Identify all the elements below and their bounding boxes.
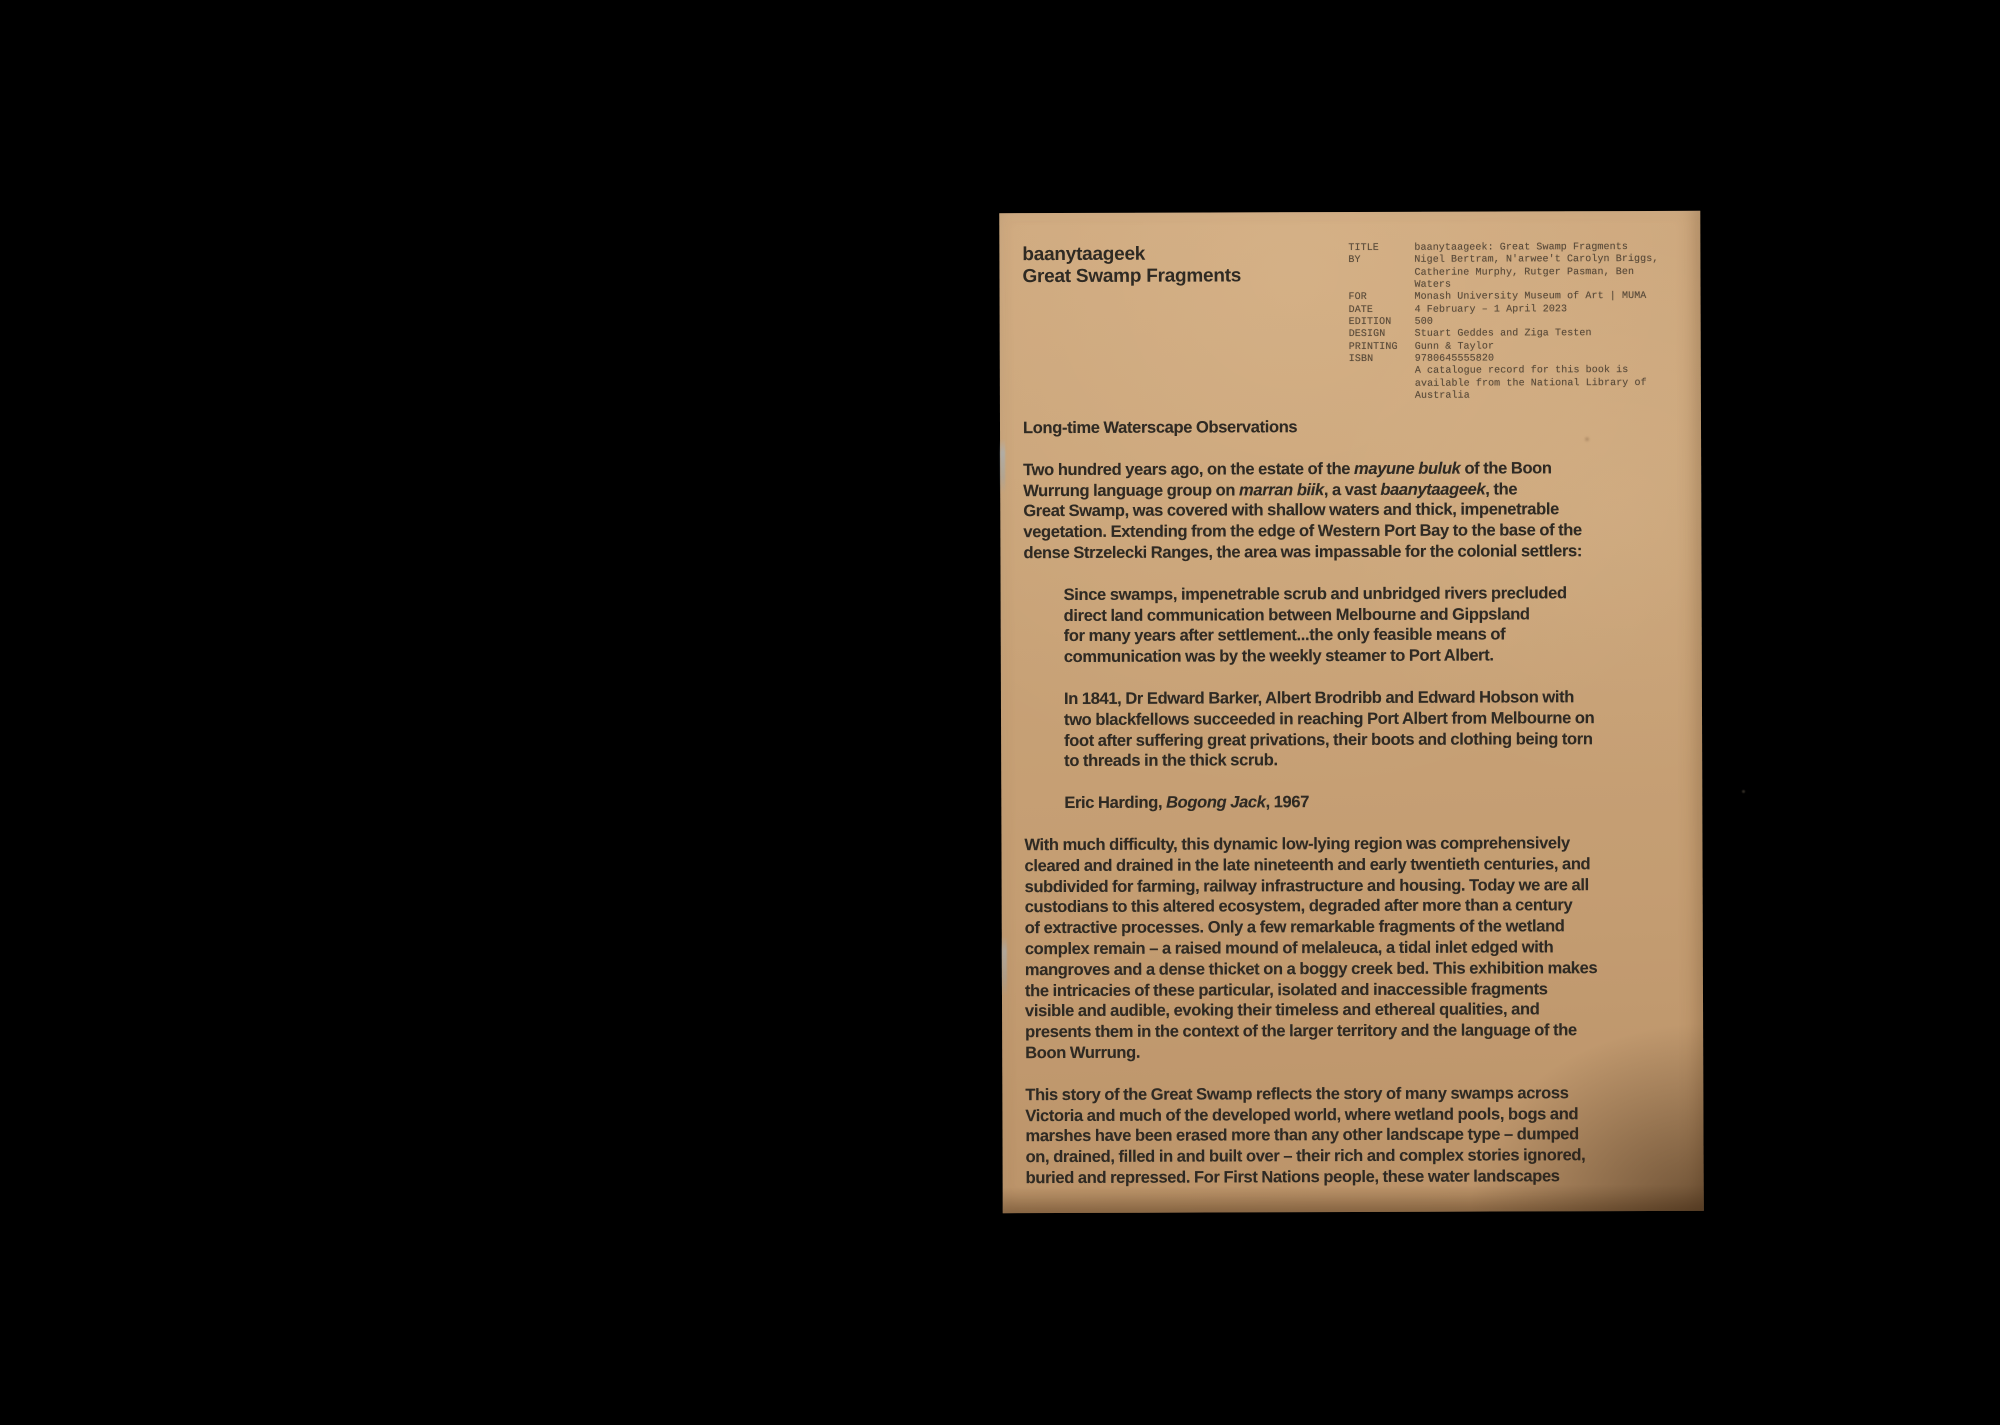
paragraph: Two hundred years ago, on the estate of … <box>1023 458 1679 564</box>
paragraph: This story of the Great Swamp reflects t… <box>1025 1083 1681 1189</box>
colophon-row: DATE 4 February – 1 April 2023 <box>1349 304 1671 317</box>
dust-speck <box>1742 790 1745 793</box>
book-title-line1: baanytaageek <box>1022 243 1241 266</box>
quote-attribution: Eric Harding, Bogong Jack, 1967 <box>1064 791 1680 814</box>
colophon-value: Nigel Bertram, N'arwee't Carolyn Briggs,… <box>1414 254 1670 292</box>
photo-background: baanytaageek Great Swamp Fragments TITLE… <box>0 0 2000 1425</box>
colophon-label <box>1349 366 1415 403</box>
colophon-label: BY <box>1348 255 1414 292</box>
colophon-label: EDITION <box>1349 317 1415 330</box>
book-title-line2: Great Swamp Fragments <box>1022 265 1241 288</box>
colophon-row: EDITION 500 <box>1349 316 1671 329</box>
colophon-value: 9780645555820 <box>1415 353 1671 366</box>
colophon-label: DATE <box>1349 304 1415 317</box>
essay-column: Long-time Waterscape Observations Two hu… <box>1023 416 1682 1189</box>
colophon-value: 500 <box>1415 316 1671 329</box>
colophon-value: Gunn & Taylor <box>1415 341 1671 354</box>
colophon-row: DESIGN Stuart Geddes and Ziga Testen <box>1349 328 1671 341</box>
colophon-label: PRINTING <box>1349 342 1415 355</box>
colophon-label: DESIGN <box>1349 329 1415 342</box>
colophon-value: Stuart Geddes and Ziga Testen <box>1415 328 1671 341</box>
colophon: TITLE baanytaageek: Great Swamp Fragment… <box>1348 242 1671 404</box>
block-quote: In 1841, Dr Edward Barker, Albert Brodri… <box>1064 687 1680 772</box>
colophon-label: FOR <box>1349 292 1415 305</box>
colophon-value: A catalogue record for this book is avai… <box>1415 365 1671 403</box>
colophon-label: ISBN <box>1349 354 1415 367</box>
colophon-row: PRINTING Gunn & Taylor <box>1349 341 1671 354</box>
colophon-row: BY Nigel Bertram, N'arwee't Carolyn Brig… <box>1348 254 1670 292</box>
colophon-label: TITLE <box>1348 243 1414 256</box>
page-edge-highlight <box>1002 936 1007 996</box>
book-page: baanytaageek Great Swamp Fragments TITLE… <box>999 211 1703 1213</box>
paragraph: With much difficulty, this dynamic low-l… <box>1024 833 1681 1064</box>
page-edge-highlight <box>1000 439 1005 493</box>
essay-heading: Long-time Waterscape Observations <box>1023 416 1679 439</box>
block-quote: Since swamps, impenetrable scrub and unb… <box>1064 583 1680 668</box>
colophon-value: 4 February – 1 April 2023 <box>1415 304 1671 317</box>
page-bottom-shadow <box>1003 1185 1704 1213</box>
colophon-value: Monash University Museum of Art | MUMA <box>1415 291 1671 304</box>
colophon-row: FOR Monash University Museum of Art | MU… <box>1349 291 1671 304</box>
book-title: baanytaageek Great Swamp Fragments <box>1022 243 1241 288</box>
colophon-row: A catalogue record for this book is avai… <box>1349 365 1671 403</box>
